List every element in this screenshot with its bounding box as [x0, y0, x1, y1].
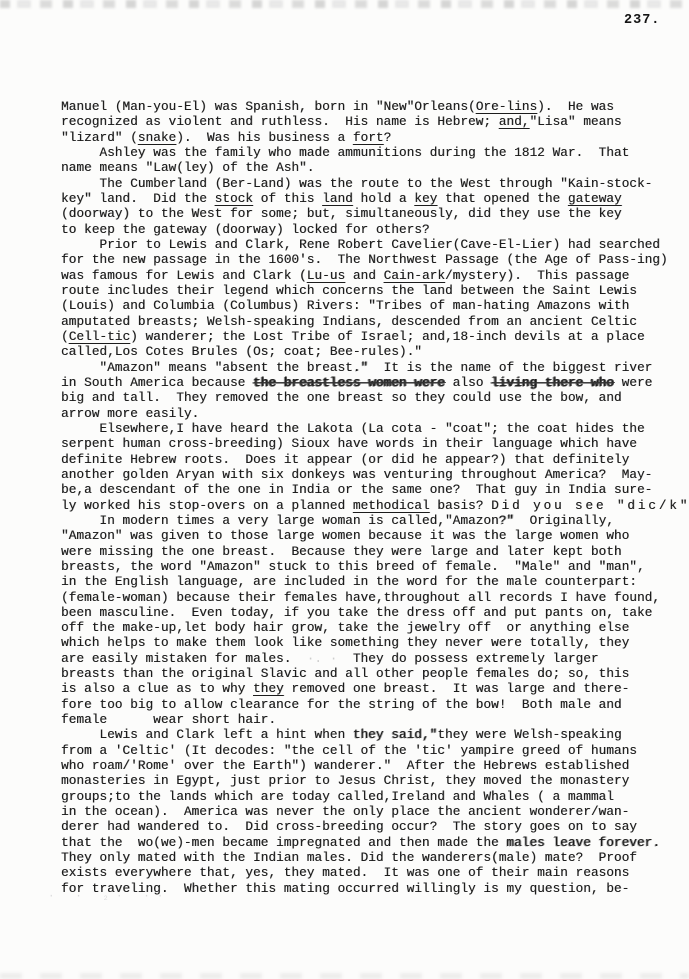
text-line: monasteries in Egypt, just prior to Jesu…: [61, 773, 689, 788]
text-line: "Amazon" was given to those large women …: [61, 528, 689, 543]
text-line: derer had wandered to. Did cross-breedin…: [61, 819, 689, 834]
text-line: groups;to the lands which are today call…: [61, 789, 689, 804]
text-line: been masculine. Even today, if you take …: [61, 605, 689, 620]
text-line: for the new passage in the 1600's. The N…: [61, 252, 689, 267]
document-body: Manuel (Man-you-El) was Spanish, born in…: [61, 99, 689, 896]
text-line: (female-woman) because their females hav…: [61, 590, 689, 605]
text-line: amputated breasts; Welsh-speaking Indian…: [61, 314, 689, 329]
text-line: from a 'Celtic' (It decodes: "the cell o…: [61, 743, 689, 758]
text-line: Elsewhere,I have heard the Lakota (La co…: [61, 421, 689, 436]
scan-noise-top: [0, 0, 689, 8]
scan-noise-bottom: [0, 973, 689, 979]
text-line: breasts than the original Slavic and all…: [61, 666, 689, 681]
text-line: (Louis) and Columbia (Columbus) Rivers: …: [61, 298, 689, 313]
text-line: Manuel (Man-you-El) was Spanish, born in…: [61, 99, 689, 114]
text-line: were missing the one breast. Because the…: [61, 544, 689, 559]
pencil-marks: · · ₂· ··: [48, 891, 170, 903]
text-line: Prior to Lewis and Clark, Rene Robert Ca…: [61, 237, 689, 252]
page-number: 237.: [624, 13, 660, 28]
text-line: female wear short hair.: [61, 712, 689, 727]
text-line: route includes their legend which concer…: [61, 283, 689, 298]
text-line: are easily mistaken for males. ·. · They…: [61, 651, 689, 666]
text-line: Ashley was the family who made ammunitio…: [61, 145, 689, 160]
text-line: "lizard" (snake). Was his business a for…: [61, 130, 689, 145]
text-line: that the wo(we)-men became impregnated a…: [61, 835, 689, 850]
text-line: off the make-up,let body hair grow, take…: [61, 620, 689, 635]
text-line: They only mated with the Indian males. D…: [61, 850, 689, 865]
text-line: arrow more easily.: [61, 406, 689, 421]
text-line: in the ocean). America was never the onl…: [61, 804, 689, 819]
text-line: (doorway) to the West for some; but, sim…: [61, 206, 689, 221]
text-line: big and tall. They removed the one breas…: [61, 390, 689, 405]
text-line: key" land. Did the stock of this land ho…: [61, 191, 689, 206]
text-line: name means "Law(ley) of the Ash".: [61, 160, 689, 175]
text-line: another golden Aryan with six donkeys wa…: [61, 467, 689, 482]
scanned-page: 237. Manuel (Man-you-El) was Spanish, bo…: [0, 0, 689, 979]
text-line: which helps to make them look like somet…: [61, 635, 689, 650]
text-line: In modern times a very large woman is ca…: [61, 513, 689, 528]
text-line: "Amazon" means "absent the breast." It i…: [61, 360, 689, 375]
text-line: exists everywhere that, yes, they mated.…: [61, 865, 689, 880]
text-line: breasts, the word "Amazon" stuck to this…: [61, 559, 689, 574]
text-line: called,Los Cotes Brules (Os; coat; Bee-r…: [61, 344, 689, 359]
text-line: fore too big to allow clearance for the …: [61, 697, 689, 712]
text-line: be,a descendant of the one in India or t…: [61, 482, 689, 497]
text-line: Lewis and Clark left a hint when they sa…: [61, 727, 689, 742]
text-line: in South America because the breastless …: [61, 375, 689, 390]
text-line: recognized as violent and ruthless. His …: [61, 114, 689, 129]
text-line: serpent human cross-breeding) Sioux have…: [61, 436, 689, 451]
text-line: who roam/'Rome' over the Earth") wandere…: [61, 758, 689, 773]
text-line: (Cell-tic) wanderer; the Lost Tribe of I…: [61, 329, 689, 344]
text-line: to keep the gateway (doorway) locked for…: [61, 222, 689, 237]
text-line: in the English language, are included in…: [61, 574, 689, 589]
text-line: is also a clue as to why they removed on…: [61, 681, 689, 696]
text-line: The Cumberland (Ber-Land) was the route …: [61, 176, 689, 191]
text-line: ly worked his stop-overs on a planned me…: [61, 498, 689, 513]
text-line: definite Hebrew roots. Does it appear (o…: [61, 452, 689, 467]
text-line: was famous for Lewis and Clark (Lu-us an…: [61, 268, 689, 283]
